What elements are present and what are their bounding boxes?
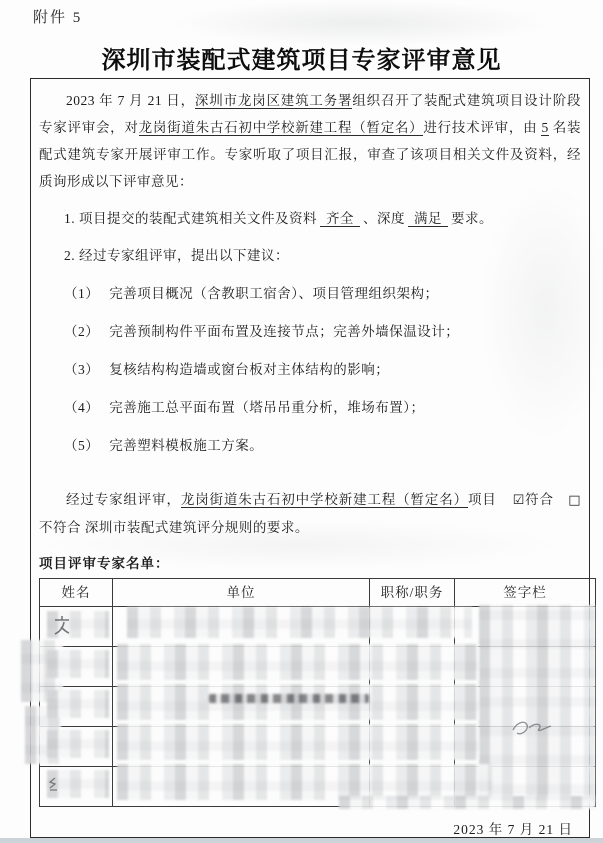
scan-bottom-edge: [0, 838, 603, 843]
checkbox-checked-icon: ☑: [513, 493, 525, 508]
expert-row-redacted: [40, 647, 596, 687]
suggestion-text: 完善塑料模板施工方案。: [109, 432, 581, 459]
page-title: 深圳市装配式建筑项目专家评审意见: [0, 40, 603, 75]
item1-mid: 、深度: [363, 211, 405, 226]
experts-table: 姓名 单位 职称/职务 签字栏: [39, 578, 596, 807]
item1-tail: 要求。: [451, 211, 493, 226]
suggestion-marker: （3）: [64, 356, 99, 383]
expert-count-underlined: 5: [541, 120, 548, 136]
suggestion-item: （5） 完善塑料模板施工方案。: [64, 432, 581, 459]
suggestion-marker: （5）: [64, 432, 99, 459]
attachment-label: 附件 5: [33, 6, 82, 27]
header-title: 职称/职务: [370, 579, 455, 607]
conclusion-lead: 经过专家组评审，: [66, 492, 181, 507]
suggestion-item: （1） 完善项目概况（含教职工宿舍）、项目管理组织架构；: [64, 280, 581, 307]
suggestion-text: 完善项目概况（含教职工宿舍）、项目管理组织架构；: [109, 280, 581, 307]
project-name-underlined: 龙岗街道朱古石初中学校新建工程（暂定名）: [139, 120, 424, 136]
intro-text: 进行技术评审，由: [423, 120, 541, 135]
suggestion-marker: （1）: [64, 280, 99, 307]
checkbox-unchecked-icon: □: [568, 493, 581, 508]
conclusion-mid: 项目: [468, 492, 497, 507]
suggestion-item: （2） 完善预制构件平面布置及连接节点；完善外墙保温设计；: [64, 318, 581, 345]
project-name-underlined: 龙岗街道朱古石初中学校新建工程（暂定名）: [181, 492, 468, 508]
suggestion-text: 复核结构构造墙或窗台板对主体结构的影响；: [109, 356, 581, 383]
conclusion-tail: 深圳市装配式建筑评分规则的要求。: [81, 520, 309, 535]
finding-item-1: 1. 项目提交的装配式建筑相关文件及资料齐全、深度满足要求。: [64, 205, 581, 232]
suggestion-text: 完善施工总平面布置（塔吊吊重分析，堆场布置）；: [109, 394, 581, 421]
suggestion-item: （3） 复核结构构造墙或窗台板对主体结构的影响；: [64, 356, 581, 383]
organizer-underlined: 深圳市龙岗区建筑工务署: [195, 93, 352, 109]
header-unit: 单位: [113, 579, 370, 607]
item1-blank-filled: 满足: [408, 211, 448, 227]
option-pass-label: 符合: [525, 492, 554, 507]
expert-row-redacted: [40, 687, 596, 727]
expert-row-redacted: [40, 607, 596, 647]
expert-row-redacted: [40, 727, 596, 767]
conclusion-paragraph: 经过专家组评审，龙岗街道朱古石初中学校新建工程（暂定名）项目☑符合□不符合 深圳…: [39, 486, 581, 541]
finding-item-2: 2. 经过专家组评审，提出以下建议：: [64, 242, 581, 269]
item1-lead: 1. 项目提交的装配式建筑相关文件及资料: [64, 211, 317, 226]
document-body-frame: 2023 年 7 月 21 日，深圳市龙岗区建筑工务署组织召开了装配式建筑项目设…: [30, 78, 590, 838]
header-name: 姓名: [40, 579, 113, 607]
suggestion-item: （4） 完善施工总平面布置（塔吊吊重分析，堆场布置）；: [64, 394, 581, 421]
item1-blank-filled: 齐全: [320, 211, 360, 227]
header-signature: 签字栏: [455, 579, 596, 607]
table-header-row: 姓名 单位 职称/职务 签字栏: [40, 579, 596, 607]
option-fail-label: 不符合: [39, 520, 81, 535]
scanned-document-page: { "page": { "attachment_label": "附件 5", …: [0, 0, 603, 843]
intro-paragraph: 2023 年 7 月 21 日，深圳市龙岗区建筑工务署组织召开了装配式建筑项目设…: [39, 87, 581, 195]
experts-table-wrap: 姓名 单位 职称/职务 签字栏: [39, 578, 597, 807]
suggestion-marker: （4）: [64, 394, 99, 421]
suggestion-marker: （2）: [64, 318, 99, 345]
suggestion-text: 完善预制构件平面布置及连接节点；完善外墙保温设计；: [109, 318, 581, 345]
expert-row-redacted: [40, 767, 596, 807]
experts-list-heading: 项目评审专家名单：: [39, 550, 581, 577]
intro-text: 2023 年 7 月 21 日，: [66, 93, 195, 108]
